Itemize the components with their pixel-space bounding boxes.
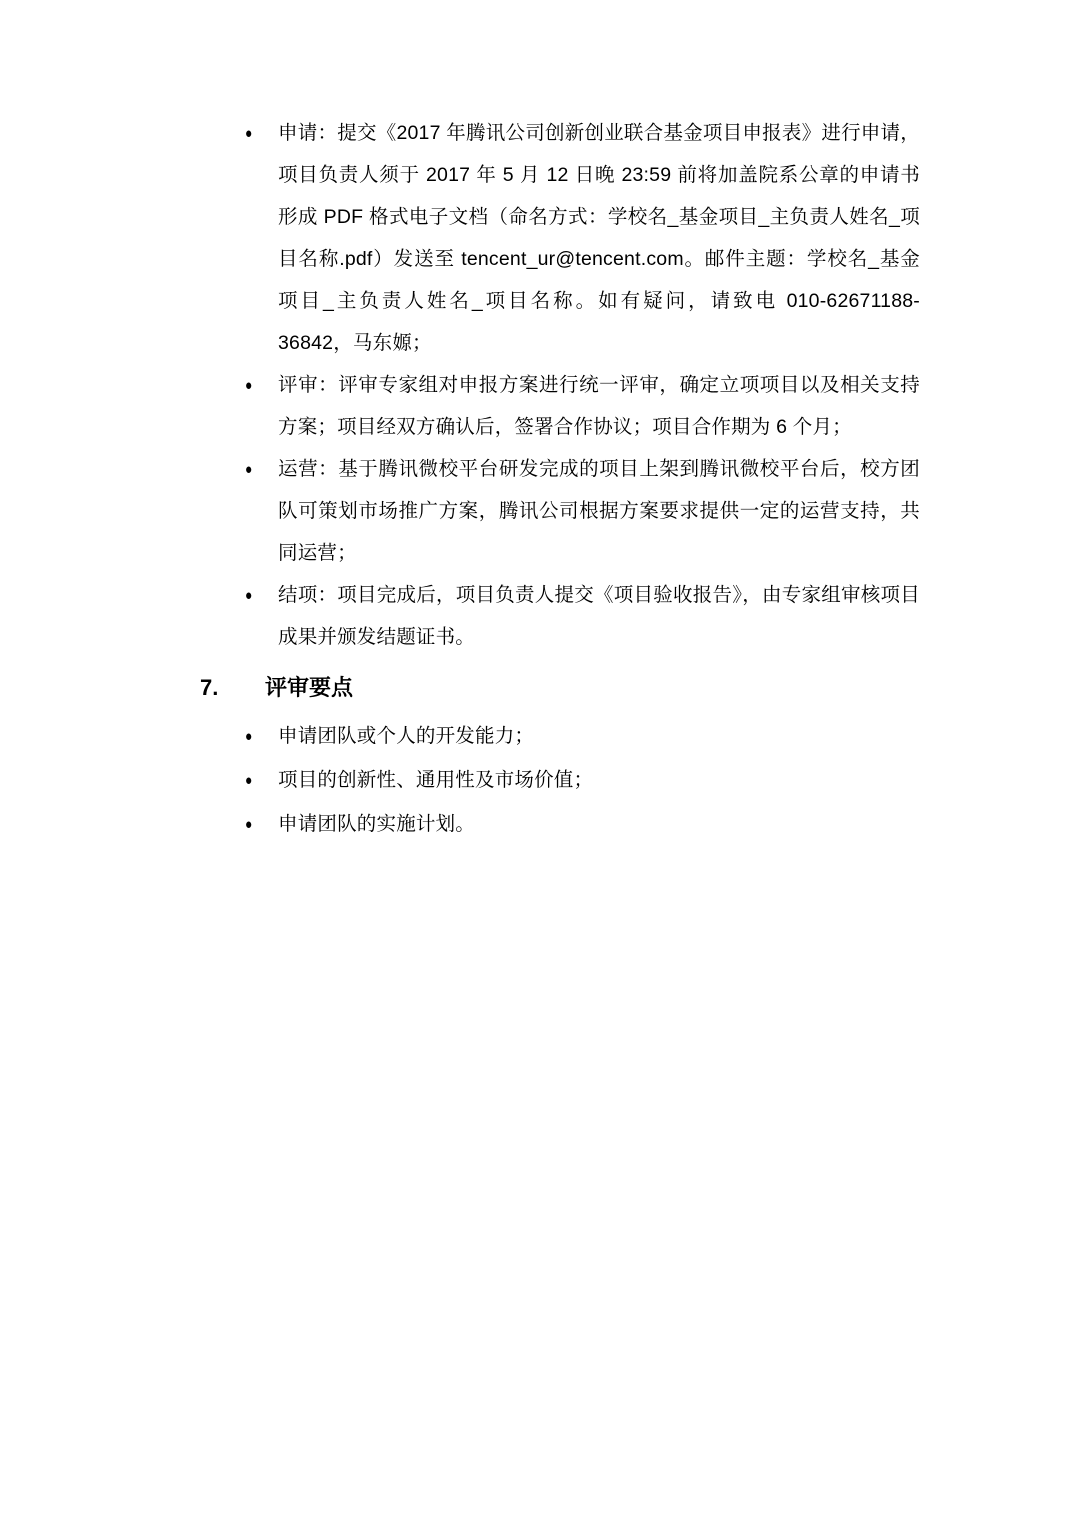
process-bullet-closeout: ● 结项：项目完成后，项目负责人提交《项目验收报告》，由专家组审核项目成果并颁发… [200, 574, 920, 658]
document-page: ● 申请：提交《2017 年腾讯公司创新创业联合基金项目申报表》进行申请，项目负… [0, 0, 1075, 1521]
process-bullet-apply: ● 申请：提交《2017 年腾讯公司创新创业联合基金项目申报表》进行申请，项目负… [200, 112, 920, 364]
process-bullet-operate-text: 运营：基于腾讯微校平台研发完成的项目上架到腾讯微校平台后，校方团队可策划市场推广… [278, 448, 920, 574]
bullet-icon: ● [245, 359, 278, 412]
bullet-icon: ● [245, 798, 278, 851]
bullet-icon: ● [245, 443, 278, 496]
bullet-icon: ● [245, 107, 278, 160]
section-title: 评审要点 [265, 671, 920, 705]
section-number: 7. [200, 671, 265, 705]
process-bullet-review-text: 评审：评审专家组对申报方案进行统一评审，确定立项项目以及相关支持方案；项目经双方… [278, 364, 920, 448]
process-bullet-review: ● 评审：评审专家组对申报方案进行统一评审，确定立项项目以及相关支持方案；项目经… [200, 364, 920, 448]
review-point-dev-capability-text: 申请团队或个人的开发能力； [278, 715, 920, 757]
review-point-innovation-value-text: 项目的创新性、通用性及市场价值； [278, 759, 920, 801]
process-bullet-apply-text: 申请：提交《2017 年腾讯公司创新创业联合基金项目申报表》进行申请，项目负责人… [278, 112, 920, 364]
review-point-dev-capability: ● 申请团队或个人的开发能力； [200, 715, 920, 757]
review-point-innovation-value: ● 项目的创新性、通用性及市场价值； [200, 759, 920, 801]
process-bullet-operate: ● 运营：基于腾讯微校平台研发完成的项目上架到腾讯微校平台后，校方团队可策划市场… [200, 448, 920, 574]
section-heading-review-points: 7. 评审要点 [200, 671, 920, 705]
bullet-icon: ● [245, 569, 278, 622]
process-bullet-closeout-text: 结项：项目完成后，项目负责人提交《项目验收报告》，由专家组审核项目成果并颁发结题… [278, 574, 920, 658]
review-point-implementation-plan-text: 申请团队的实施计划。 [278, 803, 920, 845]
review-point-implementation-plan: ● 申请团队的实施计划。 [200, 803, 920, 845]
